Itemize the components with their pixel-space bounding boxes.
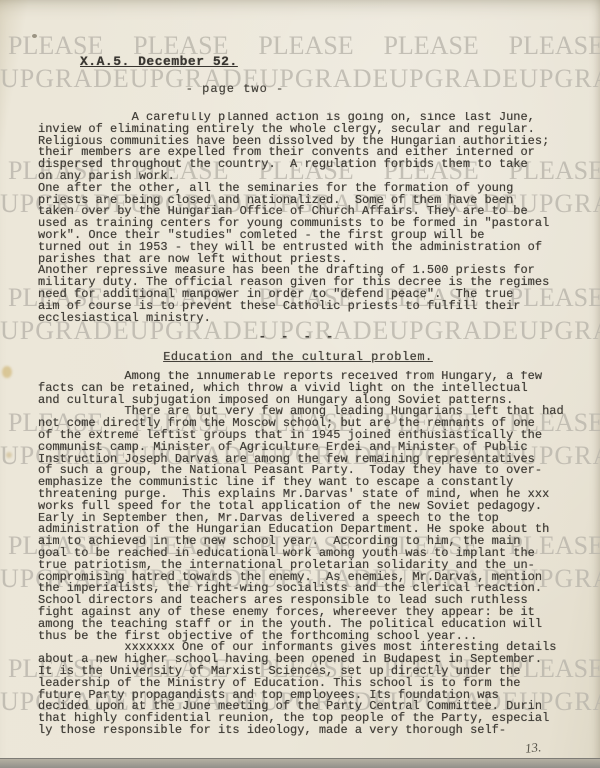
document-content: X.A.5. December 52. - page two - A caref…: [0, 0, 600, 768]
handwritten-page-note: 13.: [524, 739, 542, 757]
document-reference: X.A.5. December 52.: [80, 54, 238, 69]
paragraph-church-repression: A carefully planned action is going on, …: [38, 112, 594, 326]
paragraph-education-problem: Among the innumerable reports received f…: [38, 371, 594, 739]
text-line: ecclesiastical ministry.: [38, 313, 594, 325]
page-number-label: - page two -: [160, 82, 310, 96]
section-separator: - - - -: [38, 330, 558, 344]
section-heading: Education and the cultural problem.: [38, 350, 558, 364]
scanned-document-page: PLEASEPLEASEPLEASEPLEASEPLEASEUPGRADEUPG…: [0, 0, 600, 768]
text-line: ly those responsible for its ideology, m…: [38, 725, 594, 737]
